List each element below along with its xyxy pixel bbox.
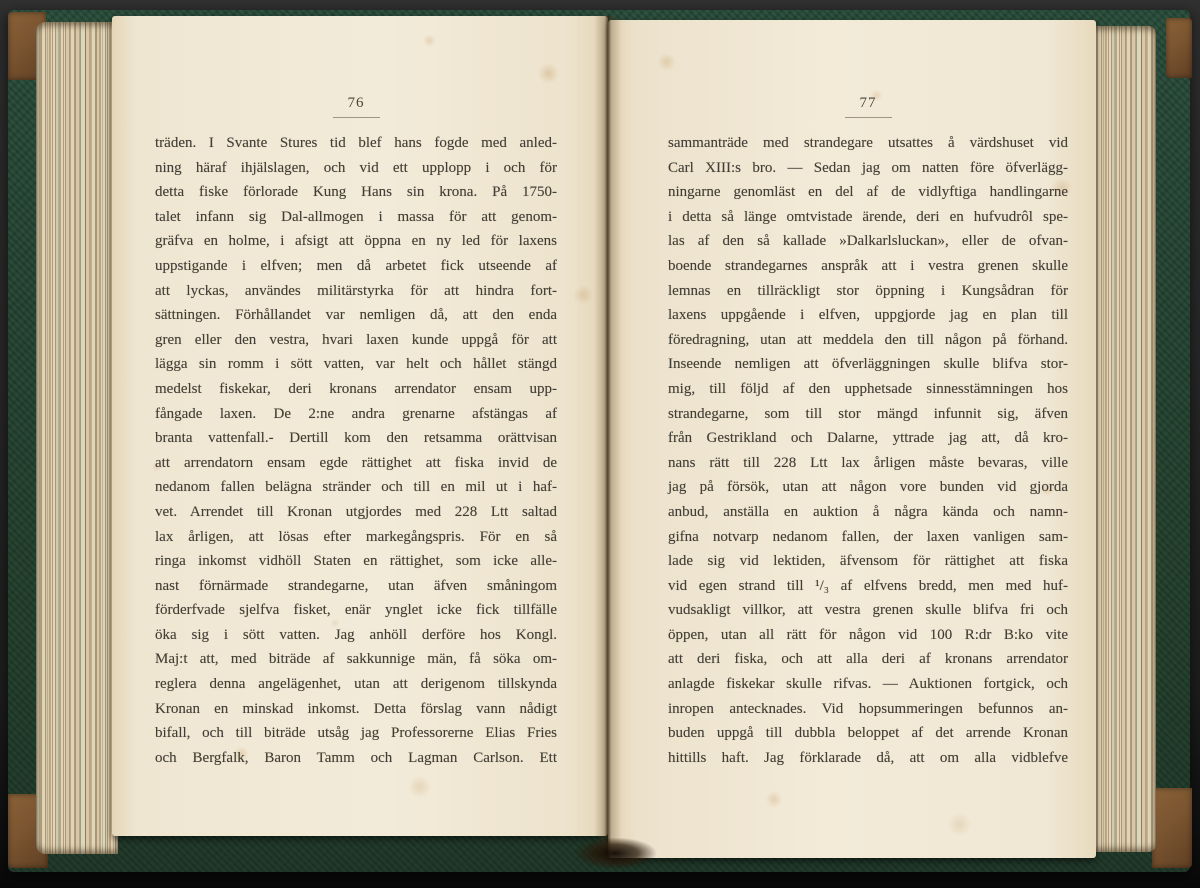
text-line: Maj:t att, med biträde af sakkunnige män…: [155, 647, 557, 672]
book-gutter: [594, 16, 622, 858]
text-line: vudsakligt villkor, att vestra grenen sk…: [668, 598, 1068, 623]
left-page-header: 76: [155, 94, 557, 122]
text-line: jag på försök, utan att någon vore bunde…: [668, 475, 1068, 500]
right-page-header: 77: [668, 94, 1068, 122]
text-line: att arrendatorn ensam egde rättighet att…: [155, 451, 557, 476]
text-line: ningarne genomläst en del af de vidlyfti…: [668, 180, 1068, 205]
text-line: att lyckas, användes militärstyrka för a…: [155, 279, 557, 304]
text-line: träden. I Svante Stures tid blef hans fo…: [155, 131, 557, 156]
text-line: buden uppgå till dubbla beloppet af det …: [668, 721, 1068, 746]
text-line: öppen, utan all rätt för någon vid 100 R…: [668, 623, 1068, 648]
text-line: medelst fiskekar, deri kronans arrendato…: [155, 377, 557, 402]
text-line: anlagde fiskekar skulle rifvas. — Auktio…: [668, 672, 1068, 697]
text-line: ning häraf ihjälslagen, och vid ett uppl…: [155, 156, 557, 181]
text-line: nans rätt till 228 Ltt lax årligen måste…: [668, 451, 1068, 476]
page-text: träden. I Svante Stures tid blef hans fo…: [155, 131, 557, 770]
text-line: lägga sin romm i sött vatten, var helt o…: [155, 352, 557, 377]
text-line: talet infann sig Dal-allmogen i massa fö…: [155, 205, 557, 230]
text-line: och Bergfalk, Baron Tamm och Lagman Carl…: [155, 746, 557, 771]
text-line: anbud, anställa en auktion å några kända…: [668, 500, 1068, 525]
page-stack-right: [1092, 26, 1156, 852]
text-line: detta fiske förlorade Kung Hans sin kron…: [155, 180, 557, 205]
text-line: förderfvade sjelfva fisket, enär ynglet …: [155, 598, 557, 623]
text-line: mig, till följd af den upphetsade sinnes…: [668, 377, 1068, 402]
page-number: 76: [333, 95, 380, 118]
left-page: 76 träden. I Svante Stures tid blef hans…: [112, 16, 608, 836]
page-number: 77: [845, 95, 892, 118]
text-line: öka sig i sött vatten. Jag anhöll derför…: [155, 623, 557, 648]
text-line: branta vattenfall.- Dertill kom den rets…: [155, 426, 557, 451]
text-line: lemnas en tillräckligt stor öppning i Ku…: [668, 279, 1068, 304]
text-line: reglera denna angelägenhet, utan att der…: [155, 672, 557, 697]
text-line: fångade laxen. De 2:ne andra grenarne af…: [155, 402, 557, 427]
text-line: vet. Arrendet till Kronan utgjordes med …: [155, 500, 557, 525]
page-stack-left: [36, 22, 118, 854]
left-page-text-column: 76 träden. I Svante Stures tid blef hans…: [155, 94, 557, 770]
text-line: inropen antecknades. Vid hopsummeringen …: [668, 697, 1068, 722]
text-line: boende strandegarnes anspråk att i vestr…: [668, 254, 1068, 279]
text-line: att deri fiska, och att alla deri af kro…: [668, 647, 1068, 672]
text-line: las af den så kallade »Dalkarlsluckan», …: [668, 229, 1068, 254]
text-line: Kronan en minskad inkomst. Detta förslag…: [155, 697, 557, 722]
text-line: hittills haft. Jag förklarade då, att om…: [668, 746, 1068, 771]
text-line: gräfva en holme, i afsigt att öppna en n…: [155, 229, 557, 254]
page-text: sammanträde med strandegare utsattes å v…: [668, 131, 1068, 770]
text-line: i detta så länge omtvistade ärende, deri…: [668, 205, 1068, 230]
right-page: 77 sammanträde med strandegare utsattes …: [608, 20, 1096, 858]
text-line: uppstigande i elfven; men då arbetet fic…: [155, 254, 557, 279]
text-line: strandegarne, som till stor mängd infunn…: [668, 402, 1068, 427]
leather-corner-top-right: [1166, 18, 1192, 78]
gutter-shadow: [572, 838, 658, 872]
text-line: vid egen strand till ¹/₃ af elfvens bred…: [668, 574, 1068, 599]
text-line: nedanom fallen belägna stränder och till…: [155, 475, 557, 500]
text-line: från Gestrikland och Dalarne, yttrade ja…: [668, 426, 1068, 451]
text-line: gren eller den vestra, hvari laxen kunde…: [155, 328, 557, 353]
right-page-text-column: 77 sammanträde med strandegare utsattes …: [668, 94, 1068, 770]
text-line: sättningen. Förhållandet var nemligen då…: [155, 303, 557, 328]
text-line: Carl XIII:s bro. — Sedan jag om natten f…: [668, 156, 1068, 181]
text-line: laxens uppgående i elfven, uppgjorde jag…: [668, 303, 1068, 328]
text-line: ringa inkomst vidhöll Staten en rättighe…: [155, 549, 557, 574]
text-line: nast förnärmade strandegarne, utan äfven…: [155, 574, 557, 599]
text-line: gifna notvarp nedanom fallen, der laxen …: [668, 525, 1068, 550]
book-photo: 76 träden. I Svante Stures tid blef hans…: [0, 0, 1200, 888]
text-line: Inseende nemligen att öfverläggningen sk…: [668, 352, 1068, 377]
text-line: sammanträde med strandegare utsattes å v…: [668, 131, 1068, 156]
text-line: lade sig vid lektiden, äfvensom för rätt…: [668, 549, 1068, 574]
leather-corner-bottom-right: [1152, 788, 1192, 868]
text-line: föredragning, utan att meddela den till …: [668, 328, 1068, 353]
text-line: bifall, och till biträde utsåg jag Profe…: [155, 721, 557, 746]
text-line: lax årligen, att lösas efter markegångsp…: [155, 525, 557, 550]
